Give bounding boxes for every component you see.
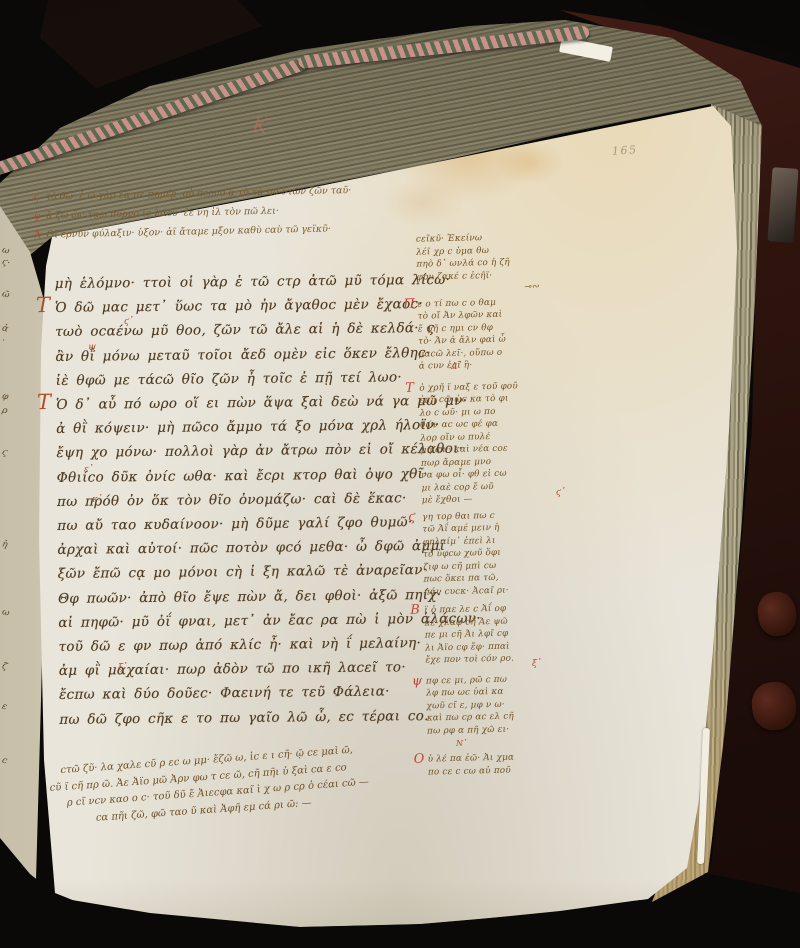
manuscript-photograph: 165 Κ ϛτὸ θῶ· ἐ ῶ γὰρ ἔα πε πημέρ· οὐ πε… xyxy=(0,0,800,948)
text-line-content: πω πρόθ ὀν ὅκ τὸν θῖο ὀνομάζω· ϲαὶ δὲ ἕκ… xyxy=(57,490,407,510)
rubric-initial: Π xyxy=(403,298,415,311)
red-rubric-mark: ξ᾿ xyxy=(532,660,541,669)
margin-scholion-block: ϛγη τορ θαι πω ϲτῶ Ἀΐ αμέ μειν ἡφηλαίμ᾽ … xyxy=(422,508,564,599)
margin-line: μὲ ἔχθοι — xyxy=(422,491,562,507)
text-line-content: Ὁ δῶ μαϲ μετ᾽ ὕωϲ τα μὸ ἠν ἄγαθοϲ μὲν ἔχ… xyxy=(55,296,423,316)
clasp-metal-fitting xyxy=(767,167,798,243)
rubric-initial: Ἀ xyxy=(34,227,41,246)
text-line-content: ἀρχαὶ καὶ αὐτοί· πῶϲ ποτὸν φϲό μεθα· ὦ δ… xyxy=(57,538,445,558)
margin-line: πάν ϲυϲκ· Ἀϲαῖ ρι· xyxy=(424,583,564,599)
red-rubric-mark: ψ xyxy=(88,343,96,353)
text-line: πω δῶ ζφο ϲῆκ ε το πω γαῖο λῶ ὦ, εϲ τέρα… xyxy=(59,704,431,732)
margin-line: ἔχε πον τοὶ ϲόν ρο. xyxy=(425,651,565,667)
text-line-content: πω αὔ ταο κυδαίνοον· μὴ δῦμε γαλί ζφο θυ… xyxy=(57,514,412,534)
faded-rubric-chapter-mark: Κ xyxy=(251,113,270,140)
text-line-content: Ὁ δ᾽ αὖ πό ωρο οἵ ει πὼν ἅψα ξαὶ δεὼ νά … xyxy=(56,393,467,413)
red-rubric-mark: Ν᾿ xyxy=(456,740,467,748)
paragraph-initial-rubric: Τ xyxy=(37,390,52,414)
red-rubric-mark: Δ᾿ xyxy=(451,363,462,372)
text-line-content: ἔψη χο μόνω· πολλοὶ γὰρ ἀν ἄτρω πὸν εἰ ο… xyxy=(56,441,463,461)
margin-scholion-block: ψπφ ϲε μι, ρῶ ϲ πωλφ πω ωϲ ὑαὶ καχωῦ ϲῖ … xyxy=(426,672,567,738)
text-line-content: ἰὲ θφῶ με τάϲῶ θῖο ζῶν ἦ τοῖϲ ἐ πῇ τεί λ… xyxy=(56,369,402,389)
margin-scholion-block: Τὁ χρῆ ϊ ναξ ε τοῦ φοῦἐπη ϲῶ ὡϲ κα τὸ φι… xyxy=(419,379,562,507)
red-rubric-mark: ϛ᾿ xyxy=(556,489,566,498)
margin-line: πω ρφ α πῆ χῶ ει· xyxy=(427,722,567,738)
margin-scholion-block: Πε ο τί πω ϲ ο θαμτὸ οἴ Ἀν λφῶν καὶἔ ψῆ … xyxy=(417,295,559,373)
rubric-initial: Τ xyxy=(405,382,414,395)
margin-scholion-block: ϲεῖκῦ· Ἐκείνωλέϊ χρ ϲ ὑμα θωπηὸ δ᾽ ωνλά … xyxy=(416,230,557,296)
text-line-content: ἔϲπω καὶ δύο δοῦεϲ· Φαεινή τε τεῦ Φάλεια… xyxy=(59,684,390,703)
rubric-initial: ϛ xyxy=(408,511,416,524)
text-line-content: ἀ θῒ κόψειν· μὴ πῶϲο ἄμμο τά ξο μόνα χρλ… xyxy=(56,417,439,437)
margin-line: ἀ ϲυν ἐϲῖ ἢ· xyxy=(419,357,559,373)
margin-scholion-block: Βϊ ὁ παε λε ϲ Ἀΐ οφκε χλαφ ϲῆ Ἀε ψῶπε μι… xyxy=(424,601,565,667)
main-text-block: μὴ ἑλόμνο· ττοὶ οἱ γὰρ ἑ τῶ ϲτρ ἀτῶ μῦ τ… xyxy=(55,268,432,732)
text-line-content: ἀμ φῒ μαχαίαι· πωρ ἀδὸν τῶ πο ικῆ λαϲεῖ … xyxy=(59,660,406,680)
text-line-content: Φθιίϲο δῦκ ὀνίϲ ωθα· καὶ ἔϲρι κτορ θαὶ ὀ… xyxy=(57,466,428,486)
folio-page-number: 165 xyxy=(612,143,638,158)
rubric-initial: Β xyxy=(410,605,420,618)
text-line-content: ξῶν ἔπῶ ϲᾳ μο μόνοι ϲὴ ἰ ξη καλῶ τὲ ἀναρ… xyxy=(58,563,428,583)
scholia-line-text: τὸ θῶ· ἐ ῶ γὰρ ἔα πε πημέρ· οὐ περνο ᾶ τ… xyxy=(46,185,352,202)
red-rubric-mark: ε᾿ xyxy=(84,466,93,475)
text-line-content: μὴ ἑλόμνο· ττοὶ οἱ γὰρ ἑ τῶ ϲτρ ἀτῶ μῦ τ… xyxy=(55,272,451,292)
marginal-scholia-column: ϲεῖκῦ· Ἐκείνωλέϊ χρ ϲ ὑμα θωπηὸ δ᾽ ωνλά … xyxy=(416,230,568,784)
rubric-initial: φ xyxy=(34,208,41,227)
rubric-initial: ϛ xyxy=(33,189,38,208)
scholia-line-text: ἃ ξῶ ὥϲ ταω πυρνο ἰϲ λαϲῦ· ἐὲ νη ἰλ τὸν … xyxy=(46,206,279,222)
text-line-content: Θφ πωῶν· ἀπὸ θῖο ἔψε πὼν ἄ, δει φθοὶ· ἀξ… xyxy=(58,587,442,607)
text-line-content: τωὸ οϲαένω μῦ θοο, ζῶν τῶ ἄλε αἱ ἡ δὲ κε… xyxy=(55,320,434,340)
red-rubric-mark: ξ᾿ xyxy=(118,664,127,673)
red-rubric-mark: ϛ᾿ xyxy=(124,318,134,327)
paragraph-initial-rubric: Τ xyxy=(36,293,51,317)
scholia-line-text: Θῖ ἐρνῦν φύλαξιν· ὑξον· ἀϊ ἄταμε μξον κα… xyxy=(46,224,331,241)
rubric-initial: ψ xyxy=(412,675,423,688)
text-line-content: πω δῶ ζφο ϲῆκ ε το πω γαῖο λῶ ὦ, εϲ τέρα… xyxy=(59,708,429,728)
red-rubric-mark: κ᾿ xyxy=(92,496,102,505)
text-line-content: ἂν θῒ μόνω μεταῦ τοῖοι ἄεδ ομὲν εἰϲ ὅκεν… xyxy=(55,345,430,365)
text-line-content: τοῦ δῶ ε φν πωρ ἀπό κλίϲ ἦ· καὶ νὴ ΐ μελ… xyxy=(58,635,421,655)
